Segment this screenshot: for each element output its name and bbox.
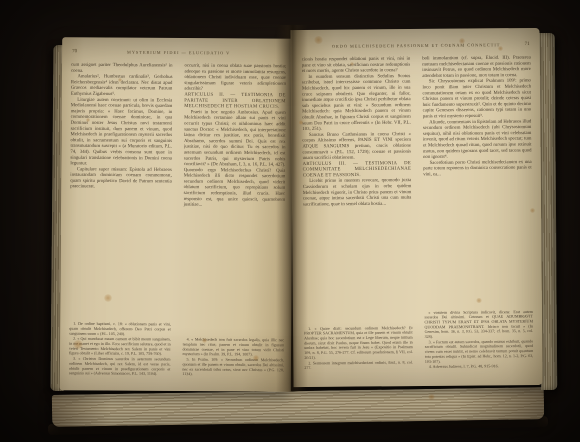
paragraph: Sacerdotium porro Christi melchisedecian… bbox=[423, 159, 532, 177]
left-running-header: MYSTERIUM FIDEI — ELUCIDATIO V bbox=[71, 46, 286, 56]
footnote: 2. « Qui manducat meam carnem et bibit m… bbox=[69, 336, 171, 356]
right-col2-footnotes: « virtutem divina Scriptura indicavit, d… bbox=[424, 306, 533, 370]
footnote: 1. De ordine baptismi, c. 18: « oblation… bbox=[69, 321, 171, 336]
paragraph: occurrit, nisi in coena oblata suae pass… bbox=[184, 63, 286, 93]
paragraph: boli immolantium (cf. supra, Elucid. III… bbox=[422, 55, 531, 79]
left-page-column-1: cum assignet pariter Theodulphus Aurelia… bbox=[69, 62, 173, 377]
right-page-column-1: cionis hostia respondet oblationi panis … bbox=[302, 56, 413, 371]
left-page-number: 70 bbox=[72, 48, 77, 54]
paragraph: Capitulare super missam: Epistola ad Heb… bbox=[70, 167, 172, 191]
left-page-content: 70 MYSTERIUM FIDEI — ELUCIDATIO V cum as… bbox=[69, 46, 286, 380]
paragraph: Amalarius², Humbertus cardinalis³, Gerho… bbox=[71, 74, 173, 98]
right-page-column-2: boli immolantium (cf. supra, Elucid. III… bbox=[422, 55, 533, 370]
paragraph: cum assignet pariter Theodulphus Aurelia… bbox=[71, 62, 173, 74]
right-page: 71 ORDO MELCHISEDECH PASSIONEM ET COENAM… bbox=[290, 28, 542, 387]
book-photograph: 70 MYSTERIUM FIDEI — ELUCIDATIO V cum as… bbox=[0, 0, 580, 442]
paragraph: Aliunde, commentans in Epistolam ad Hebr… bbox=[423, 119, 532, 161]
left-col1-text: cum assignet pariter Theodulphus Aurelia… bbox=[69, 62, 172, 318]
footnote: 3. « Factum est autem sacerdos, quando m… bbox=[425, 339, 534, 364]
left-page-header: 70 MYSTERIUM FIDEI — ELUCIDATIO V bbox=[71, 46, 286, 60]
left-col2-footnotes: 4. « Melchisedech non fuit sacerdos lega… bbox=[182, 334, 284, 378]
right-running-header: ORDO MELCHISEDECH PASSIONEM ET COENAM CO… bbox=[302, 39, 531, 49]
article-heading: Articulus III. — Testimonia de communita… bbox=[303, 160, 412, 178]
left-page: 70 MYSTERIUM FIDEI — ELUCIDATIO V cum as… bbox=[60, 37, 293, 392]
paragraph: cionis hostia respondet oblationi panis … bbox=[302, 56, 411, 74]
footnote: 5. In Psalm. 109: « Secundum ordinem Mel… bbox=[182, 357, 284, 377]
footnote: 3. « Christus Dominus sacerdos in aetern… bbox=[69, 356, 171, 376]
paragraph: Sanctus Bruno Carthusianus in coena Chri… bbox=[302, 131, 411, 161]
right-page-number: 71 bbox=[525, 41, 530, 47]
paragraph: Licebit primo in mentem revocare, quomod… bbox=[303, 178, 412, 208]
right-col1-footnotes: 1. « Quare dixit: secundum ordinem Melch… bbox=[304, 322, 413, 371]
right-page-header: 71 ORDO MELCHISEDECH PASSIONEM ET COENAM… bbox=[302, 39, 531, 53]
paragraph: In eumdem sensum distinctius Sedulius Sc… bbox=[302, 73, 411, 132]
left-col1-footnotes: 1. De ordine baptismi, c. 18: « oblation… bbox=[69, 318, 171, 377]
footnote: 2. Sermonem integrum melchisedeciani ord… bbox=[304, 360, 413, 371]
right-col2-text: boli immolantium (cf. supra, Elucid. III… bbox=[422, 55, 533, 307]
paragraph: Sic Chrysostomus explicat Psalmum 109¹: … bbox=[422, 78, 531, 120]
footnote: « virtutem divina Scriptura indicavit, d… bbox=[424, 309, 533, 339]
right-col1-text: cionis hostia respondet oblationi panis … bbox=[302, 56, 413, 323]
footnote: 4. « Melchisedech non fuit sacerdos lega… bbox=[183, 337, 285, 357]
article-heading: Articulus II. — Testimonia de paritate i… bbox=[184, 92, 286, 110]
footnote: 1. « Quare dixit: secundum ordinem Melch… bbox=[304, 325, 413, 360]
left-col2-text: occurrit, nisi in coena oblata suae pass… bbox=[183, 63, 286, 334]
right-page-content: 71 ORDO MELCHISEDECH PASSIONEM ET COENAM… bbox=[302, 39, 534, 375]
paragraph: Praeit in hoc negotio Ambrosius. Apud qu… bbox=[184, 109, 286, 208]
paragraph: Liturgiae autem concinunt: ut olim in Ec… bbox=[70, 97, 172, 167]
footnote: 4. Adversus Judaeos, l. 7, P.G. 48, 915-… bbox=[425, 364, 534, 370]
left-page-column-2: occurrit, nisi in coena oblata suae pass… bbox=[182, 63, 286, 378]
